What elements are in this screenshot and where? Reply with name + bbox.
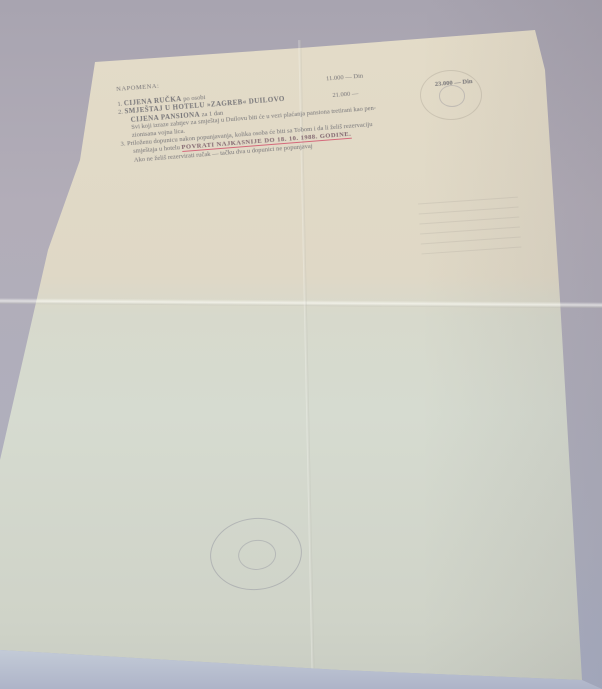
item-1-amount: 11.000 — Din [326,73,364,84]
faint-bleed-through-text [418,197,522,264]
item-3-number: 3. [120,141,125,148]
stamp-emblem-icon [237,538,278,572]
item-2-amount-2: 23.000 — Din [435,78,473,89]
